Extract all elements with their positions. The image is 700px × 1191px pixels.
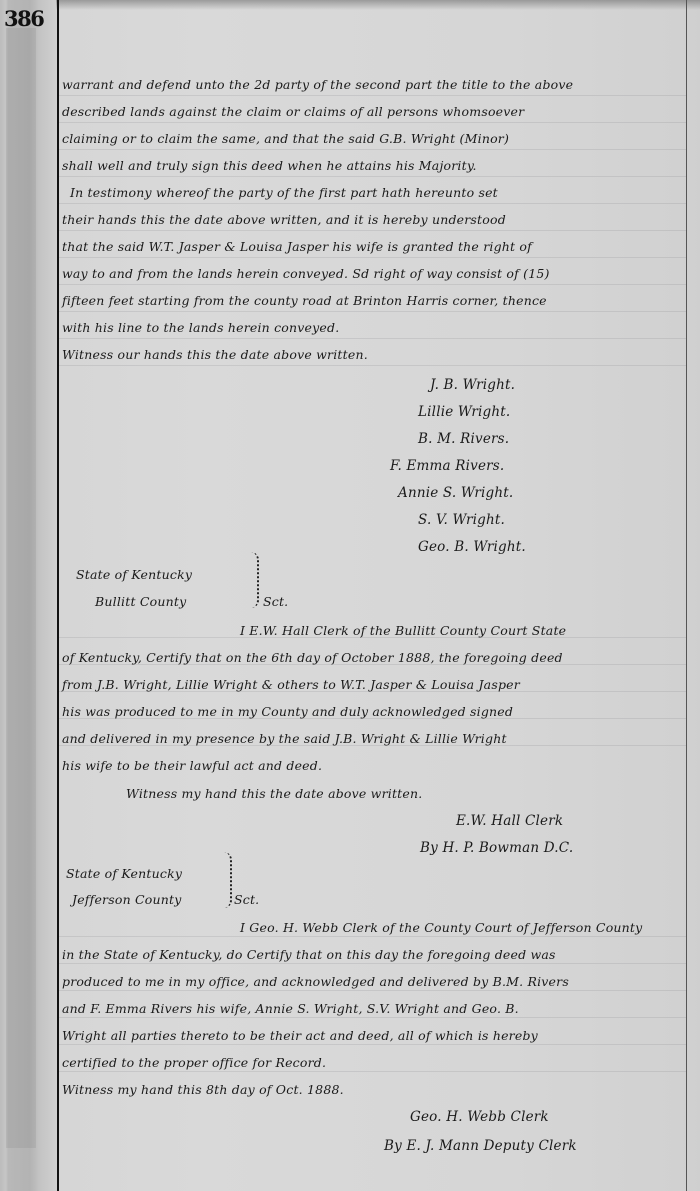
- signature-line: F. Emma Rivers.: [390, 458, 504, 474]
- signature-line: B. M. Rivers.: [418, 431, 509, 447]
- deed-text-line: warrant and defend unto the 2d party of …: [62, 77, 573, 92]
- deed-text-line: their hands this the date above written,…: [62, 212, 506, 227]
- deed-text-line: described lands against the claim or cla…: [62, 104, 524, 119]
- deed-text-line: shall well and truly sign this deed when…: [62, 158, 477, 173]
- certificate-text-line: his was produced to me in my County and …: [62, 704, 513, 719]
- clerk-signature: Geo. H. Webb Clerk: [410, 1109, 549, 1125]
- deed-text-line: claiming or to claim the same, and that …: [62, 131, 509, 146]
- certificate-text-line: Witness my hand this the date above writ…: [126, 786, 422, 801]
- deed-text-line: with his line to the lands herein convey…: [62, 320, 339, 335]
- certificate-text-line: Witness my hand this 8th day of Oct. 188…: [62, 1082, 344, 1097]
- certificate-text-line: certified to the proper office for Recor…: [62, 1055, 326, 1070]
- right-margin-rule: [686, 0, 687, 1191]
- ledger-page: 386 warrant and defend unto the 2d party…: [0, 0, 700, 1191]
- signature-line: Lillie Wright.: [418, 404, 510, 420]
- venue-county: Bullitt County: [95, 594, 186, 609]
- margin-strip: [6, 28, 36, 1148]
- certificate-text-line: produced to me in my office, and acknowl…: [62, 974, 569, 989]
- venue-sct: Sct.: [263, 594, 288, 609]
- ruled-line: [59, 1017, 686, 1018]
- scan-edge-shadow: [56, 0, 700, 10]
- ruled-line: [59, 936, 686, 937]
- clerk-signature: E.W. Hall Clerk: [456, 813, 563, 829]
- ruled-line: [59, 203, 686, 204]
- ruled-line: [59, 95, 686, 96]
- deputy-signature: By H. P. Bowman D.C.: [420, 840, 573, 856]
- certificate-text-line: of Kentucky, Certify that on the 6th day…: [62, 650, 563, 665]
- deed-text-line: fifteen feet starting from the county ro…: [62, 293, 547, 308]
- deed-text-line: that the said W.T. Jasper & Louisa Jaspe…: [62, 239, 532, 254]
- margin-rule: [57, 0, 59, 1191]
- venue-state: State of Kentucky: [66, 866, 182, 881]
- certificate-text-line: Wright all parties thereto to be their a…: [62, 1028, 538, 1043]
- ruled-line: [59, 1071, 686, 1072]
- venue-county: Jefferson County: [72, 892, 181, 907]
- signature-line: Annie S. Wright.: [398, 485, 513, 501]
- venue-state: State of Kentucky: [76, 567, 192, 582]
- ruled-line: [59, 284, 686, 285]
- certificate-text-line: and delivered in my presence by the said…: [62, 731, 507, 746]
- ruled-line: [59, 338, 686, 339]
- certificate-text-line: from J.B. Wright, Lillie Wright & others…: [62, 677, 520, 692]
- ruled-line: [59, 257, 686, 258]
- deed-text-line: In testimony whereof the party of the fi…: [70, 185, 498, 200]
- deputy-signature: By E. J. Mann Deputy Clerk: [384, 1138, 577, 1154]
- ruled-line: [59, 365, 686, 366]
- certificate-text-line: his wife to be their lawful act and deed…: [62, 758, 322, 773]
- signature-line: S. V. Wright.: [418, 512, 505, 528]
- ruled-line: [59, 311, 686, 312]
- ruled-line: [59, 230, 686, 231]
- certificate-text-line: in the State of Kentucky, do Certify tha…: [62, 947, 556, 962]
- certificate-text-line: I Geo. H. Webb Clerk of the County Court…: [240, 920, 642, 935]
- signature-line: Geo. B. Wright.: [418, 539, 526, 555]
- deed-text-line: Witness our hands this the date above wr…: [62, 347, 368, 362]
- deed-text-line: way to and from the lands herein conveye…: [62, 266, 550, 281]
- ruled-line: [59, 990, 686, 991]
- page-number: 386: [4, 6, 43, 31]
- ruled-line: [59, 149, 686, 150]
- signature-line: J. B. Wright.: [430, 377, 515, 393]
- ruled-line: [59, 122, 686, 123]
- ruled-line: [59, 176, 686, 177]
- certificate-text-line: I E.W. Hall Clerk of the Bullitt County …: [240, 623, 566, 638]
- ruled-line: [59, 963, 686, 964]
- ruled-line: [59, 1044, 686, 1045]
- certificate-text-line: and F. Emma Rivers his wife, Annie S. Wr…: [62, 1001, 519, 1016]
- brace-mark: [247, 552, 259, 608]
- brace-mark: [220, 852, 232, 908]
- venue-sct: Sct.: [234, 892, 259, 907]
